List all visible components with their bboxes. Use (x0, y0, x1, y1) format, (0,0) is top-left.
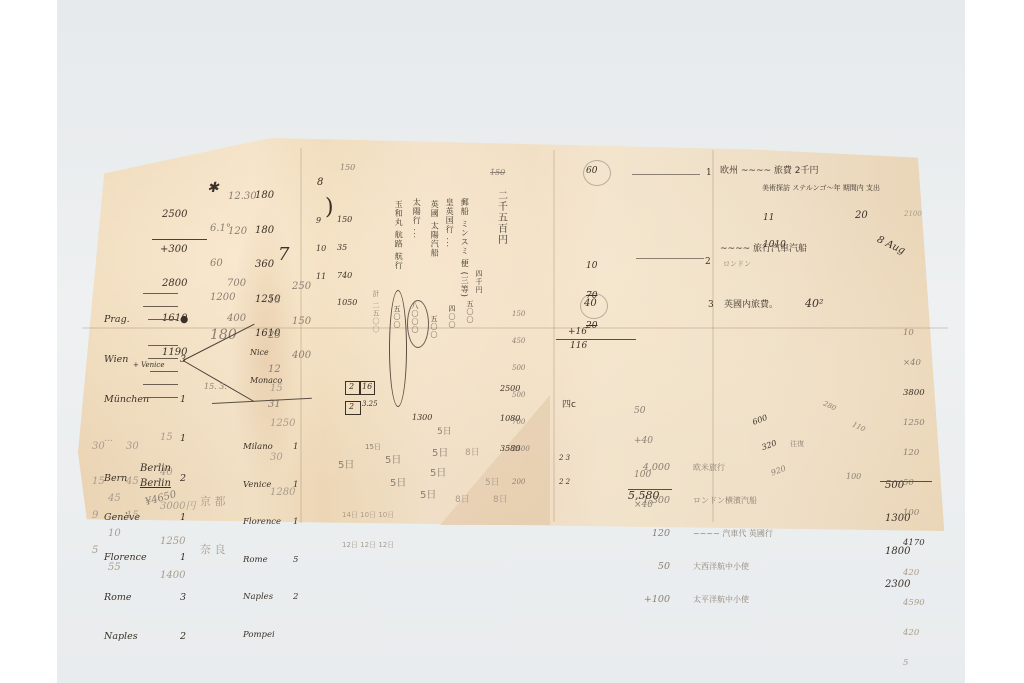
calc-value: 15 (126, 510, 139, 522)
vertical-amount: 五〇〇 (430, 315, 438, 339)
corner-number: 150 (490, 168, 505, 177)
itinerary-days-value: ● (180, 313, 188, 326)
expense-note: 往復 (790, 440, 804, 448)
item-subtext: 美術探訪 ステルンゴ～年 期間内 支出 (762, 184, 880, 192)
vertical-text: 二千五百円 (495, 190, 507, 245)
dash-line (143, 384, 178, 385)
calc-value: 920 (770, 464, 787, 478)
label-note: 四c (562, 400, 576, 410)
italy-days-value: 1 (293, 516, 298, 529)
final-calc: 500 1300 1800 2300 (885, 458, 910, 601)
faint-value: 12日 (378, 541, 394, 549)
dash-line (143, 306, 178, 307)
calc-value: 1050 (337, 298, 357, 307)
rule-line (636, 258, 704, 259)
calc-value: 180 (255, 225, 280, 237)
faint-value: 10日 (378, 511, 394, 519)
italy-days-value: 2 (293, 591, 298, 604)
calc-value: 1080 (500, 414, 520, 424)
box-value: 3.25 (362, 400, 378, 408)
dash-line (150, 371, 178, 372)
fraction-note: 2 3 2 2 (559, 438, 570, 494)
expense-amount: +100 (632, 594, 670, 605)
kanji-notes: 京 都 奈 良 (200, 462, 226, 574)
calc-value: 9 (92, 510, 105, 522)
expense-total: 5,580 (628, 490, 660, 503)
calc-value: 120 (903, 448, 925, 458)
name-note: Berlin (140, 463, 171, 475)
calc-value: 3580 (500, 444, 520, 454)
stacked-value: 20 (586, 321, 597, 331)
itinerary-city: Prag. (104, 313, 149, 326)
itinerary-days-value: 1 (180, 393, 188, 406)
dash-line (143, 293, 178, 294)
expense-labels: 欧米旅行 ロンドン横濱汽船 ~~~~ 汽車代 英國行 大西洋航中小使 太平洋航中… (693, 440, 773, 616)
calc-value: 45 (126, 476, 139, 488)
sum-value: 116 (570, 341, 587, 351)
kanji: 良 (215, 543, 226, 556)
item-subtext: ロンドン (723, 260, 751, 268)
calc-value: 2300 (885, 579, 910, 590)
itinerary-city: Rome (104, 591, 149, 604)
name-note: Berlin (140, 478, 171, 490)
calc-value: 150 (512, 310, 530, 319)
expense-label: 欧米旅行 (693, 462, 773, 473)
calc-value: 150 (337, 215, 357, 224)
calc-value: 700 (227, 278, 246, 290)
bottom-calc-d: 45 10 55 (108, 470, 121, 585)
item-value: 11 (763, 214, 786, 223)
box-value: 2 (349, 402, 354, 411)
expense-amounts: 4,000 1,300 120 50 +100 (632, 440, 670, 616)
box-value: 16 (362, 382, 372, 391)
vertical-amount: 四〇〇 (448, 305, 456, 329)
calc-value: 50 (634, 406, 653, 416)
calc-value: 250 (292, 281, 311, 293)
kanji: 都 (215, 495, 226, 508)
vertical-amount: 計 二五〇〇 (372, 290, 380, 333)
box-value: 2 (349, 382, 354, 391)
note-value: 8日 (455, 495, 470, 505)
dash-line (143, 397, 178, 398)
calc-value: +300 (160, 244, 187, 256)
italy-days-value: 5 (293, 554, 298, 567)
calc-value: 200 (512, 478, 530, 487)
oval-annotation (407, 300, 429, 348)
faint-value: 12日 (360, 541, 376, 549)
stacked-values: 10 70 20 (586, 241, 597, 341)
side-value: 100 (846, 472, 861, 481)
calc-value: 5 (903, 658, 925, 668)
calc-value: 450 (512, 337, 530, 346)
calc-value: 600 (751, 413, 768, 427)
calc-value: 150 (292, 316, 311, 328)
rule-line (632, 174, 700, 175)
calc-value: 740 (337, 271, 357, 280)
faint-value: 14日 (342, 511, 358, 519)
calc-value: 10 (903, 328, 925, 338)
italy-city: Rome (243, 554, 281, 567)
calc-value: 1400 (160, 570, 195, 582)
italy-city: Milano (243, 441, 281, 454)
vertical-text: 皇英国行 ... (445, 198, 454, 248)
calc-value: 2500 (160, 209, 187, 221)
italy-city: Venice (243, 479, 281, 492)
calc-value: 360 (255, 259, 280, 271)
italy-cities: Milano Venice Florence Rome Naples Pompe… (243, 416, 281, 654)
italy-city: Florence (243, 516, 281, 529)
calc-250: 250 150 400 (292, 258, 311, 373)
italy-days: 1 1 1 5 2 (293, 416, 298, 616)
stacked-value: 10 (586, 261, 597, 271)
calc-value: 55 (108, 562, 121, 574)
vertical-text: 郵船 ミンスミ 便 (三等) (460, 198, 469, 298)
calc-value: ×40 (903, 358, 925, 368)
side-number: 11 (316, 272, 326, 281)
calc-value: 16 (268, 295, 281, 307)
italy-days-value: 1 (293, 441, 298, 454)
expense-amount: 50 (632, 561, 670, 572)
item-number: 2 (705, 257, 711, 267)
expense-label: 大西洋航中小使 (693, 561, 773, 572)
calc-value: 15 (160, 432, 195, 444)
note-value: 5日 (390, 478, 406, 490)
item-text: 英國内旅費。 (724, 300, 778, 310)
note-value: 5日 (420, 490, 436, 502)
vertical-text: 英國 太陽汽船 (430, 200, 439, 258)
ink-mark: ✱ (207, 180, 219, 196)
item-number: 1 (706, 168, 712, 178)
kanji: 奈 (200, 543, 211, 556)
side-number: 10 (316, 244, 326, 253)
note-value: 5日 (485, 478, 500, 488)
faint-value: 10日 (360, 511, 376, 519)
bottom-calc-b: 30 45 15 (126, 418, 139, 533)
bottom-faint: 14日 10日 10日 12日 12日 12日 (342, 490, 394, 560)
note-value: 1300 (412, 413, 432, 422)
itinerary-city: Naples (104, 630, 149, 643)
calc-value: 320 (760, 438, 777, 452)
bracket-mark: ) (325, 195, 334, 220)
circled-value: 40 (584, 298, 597, 310)
kanji: 京 (200, 495, 211, 508)
faint-value: 12日 (342, 541, 358, 549)
sum-value: +16 (568, 327, 587, 337)
branch-note: 15. 3. (204, 382, 227, 391)
calc-bracket: 150 35 740 1050 (337, 197, 357, 316)
calc-value: 30 (92, 441, 105, 453)
item-text: 欧州 ~~~~ 旅費 2千円 (720, 166, 818, 176)
note-value: 5日 (338, 460, 354, 472)
calc-value: 7 (278, 245, 289, 266)
dash-line (148, 358, 178, 359)
right-calc-2: 2500 1080 3580 (500, 364, 520, 464)
item-amount: 40² (805, 298, 823, 311)
expense-amount: 120 (632, 528, 670, 539)
top-number: 150 (340, 163, 355, 172)
calc-value: 10 (108, 528, 121, 540)
fold-line (553, 150, 555, 522)
underline (152, 239, 207, 240)
total-line (880, 481, 932, 482)
calc-value: 6.1° (210, 223, 237, 235)
dash-line (148, 345, 178, 346)
item-value: 2100 (904, 210, 922, 218)
calc-value: 45 (108, 493, 121, 505)
italy-city: Pompei (243, 629, 281, 642)
sum-line (556, 339, 636, 340)
note-value: 8日 (493, 495, 508, 505)
calc-value: 1800 (885, 546, 910, 557)
note-value: 5日 (385, 455, 401, 467)
circled-value: 60 (586, 166, 597, 176)
italy-days-value: 1 (293, 479, 298, 492)
note-value: 8日 (465, 448, 480, 458)
note-value: 5日 (430, 468, 446, 480)
vertical-text: 玉和丸 航路 航行 (394, 200, 403, 270)
calc-value: 1300 (885, 513, 910, 524)
expense-amount: 4,000 (632, 462, 670, 473)
calc-value: 420 (903, 628, 925, 638)
calc-value: 15 (92, 476, 105, 488)
itinerary-city: München (104, 393, 149, 406)
calc-value: 35 (337, 243, 357, 252)
vertical-text: 太陽行 ... (412, 198, 421, 239)
item-number: 3 (708, 300, 714, 310)
calc-value: 1250 (160, 536, 195, 548)
fraction-value: 2 3 (559, 454, 570, 462)
item-value: 20 (855, 210, 868, 222)
expense-label: 太平洋航中小使 (693, 594, 773, 605)
calc-value: 2500 (500, 384, 520, 394)
calc-value: 5 (92, 545, 105, 557)
note-value: 5日 (437, 427, 452, 437)
expense-label: ~~~~ 汽車代 英國行 (693, 528, 773, 539)
note-value: 15日 (365, 443, 381, 451)
bottom-calc-a: 30 15 9 5 (92, 418, 105, 568)
calc-value: 30 (126, 441, 139, 453)
itinerary-days-value: 2 (180, 630, 188, 643)
itinerary-note: + Venice (133, 361, 164, 369)
calc-value: 180 (255, 190, 280, 202)
italy-city: Naples (243, 591, 281, 604)
item-text: ~~~~ 旅行汽車汽船 (720, 244, 807, 254)
fraction-value: 2 2 (559, 478, 570, 486)
side-number: 8 (317, 177, 323, 189)
branch-label: Nice (250, 348, 282, 357)
calc-value: 400 (227, 313, 246, 325)
calc-value: 1250 (903, 418, 925, 428)
calc-value: 15 (270, 383, 295, 395)
vertical-amount: 四千円 (475, 270, 483, 294)
expense-label: ロンドン横濱汽船 (693, 495, 773, 506)
calc-700: 700 400 (227, 255, 246, 336)
note-value: 5日 (432, 448, 448, 460)
dash-line (148, 319, 178, 320)
oval-annotation (389, 290, 407, 407)
calc-value: 3800 (903, 388, 925, 398)
vertical-amount: 五〇〇 (466, 300, 474, 324)
